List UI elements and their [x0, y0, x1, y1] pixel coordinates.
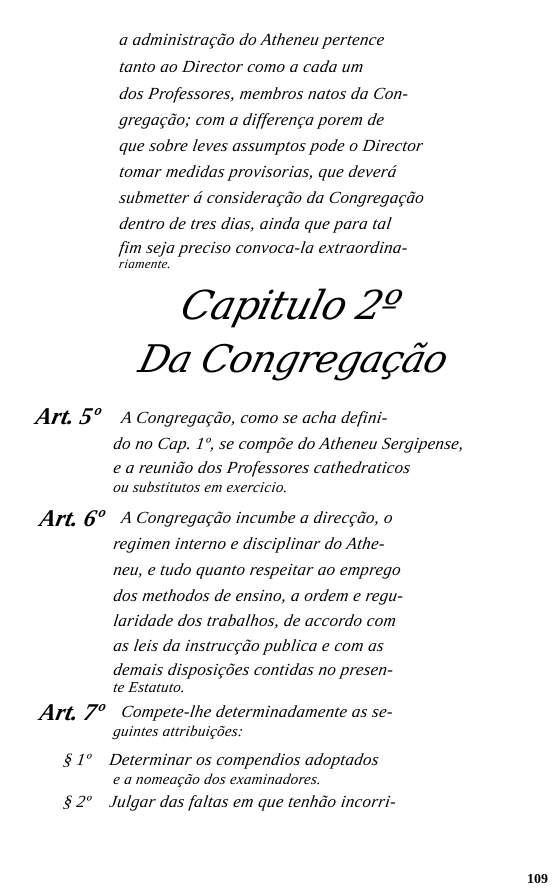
text-line: tanto ao Director como a cada um [118, 57, 365, 77]
text-line: Determinar os compendios adoptados [108, 750, 380, 770]
text-line: guintes attribuições: [112, 724, 244, 741]
chapter-title: Capitulo 2º [176, 283, 405, 329]
text-line: regimen interno e disciplinar do Athe- [112, 534, 386, 554]
article-label: Art. 6º [37, 506, 106, 533]
text-line: A Congregação incumbe a direcção, o [120, 508, 394, 528]
paragraph-label: § 2º [62, 792, 93, 812]
text-line: laridade dos trabalhos, de accordo com [112, 611, 398, 631]
text-line: dos Professores, membros natos da Con- [118, 84, 410, 104]
text-line: riamente. [118, 256, 172, 272]
text-line: que sobre leves assumptos pode o Directo… [118, 136, 425, 156]
text-line: e a reunião dos Professores cathedratico… [112, 458, 412, 478]
text-line: dos methodos de ensino, a ordem e regu- [112, 586, 405, 606]
text-line: gregação; com a differença porem de [118, 110, 386, 130]
text-line: tomar medidas provisorias, que deverá [118, 162, 398, 182]
text-line: e a nomeação dos examinadores. [112, 772, 322, 789]
text-line: te Estatuto. [112, 680, 186, 697]
text-line: fim seja preciso convoca-la extraordina- [118, 238, 409, 258]
chapter-subtitle: Da Congregação [135, 337, 452, 381]
text-line: dentro de tres dias, ainda que para tal [118, 214, 393, 234]
text-line: neu, e tudo quanto respeitar ao emprego [112, 560, 402, 580]
text-line: A Congregação, como se acha defini- [120, 408, 389, 428]
text-line: ou substitutos em exercicio. [112, 480, 289, 497]
manuscript-page: a administração do Atheneu pertence tant… [0, 0, 556, 891]
text-line: a administração do Atheneu pertence [118, 30, 386, 50]
text-line: Julgar das faltas em que tenhão incorri- [108, 792, 398, 812]
article-label: Art. 7º [37, 700, 106, 727]
text-line: do no Cap. 1º, se compõe do Atheneu Serg… [112, 434, 465, 454]
page-number: 109 [527, 872, 548, 888]
text-line: submetter á consideração da Congregação [118, 188, 426, 208]
text-line: demais disposições contidas no presen- [112, 660, 395, 680]
paragraph-label: § 1º [62, 750, 93, 770]
text-line: Compete-lhe determinadamente as se- [120, 702, 394, 722]
article-label: Art. 5º [33, 404, 102, 431]
text-line: as leis da instrucção publica e com as [112, 636, 385, 656]
